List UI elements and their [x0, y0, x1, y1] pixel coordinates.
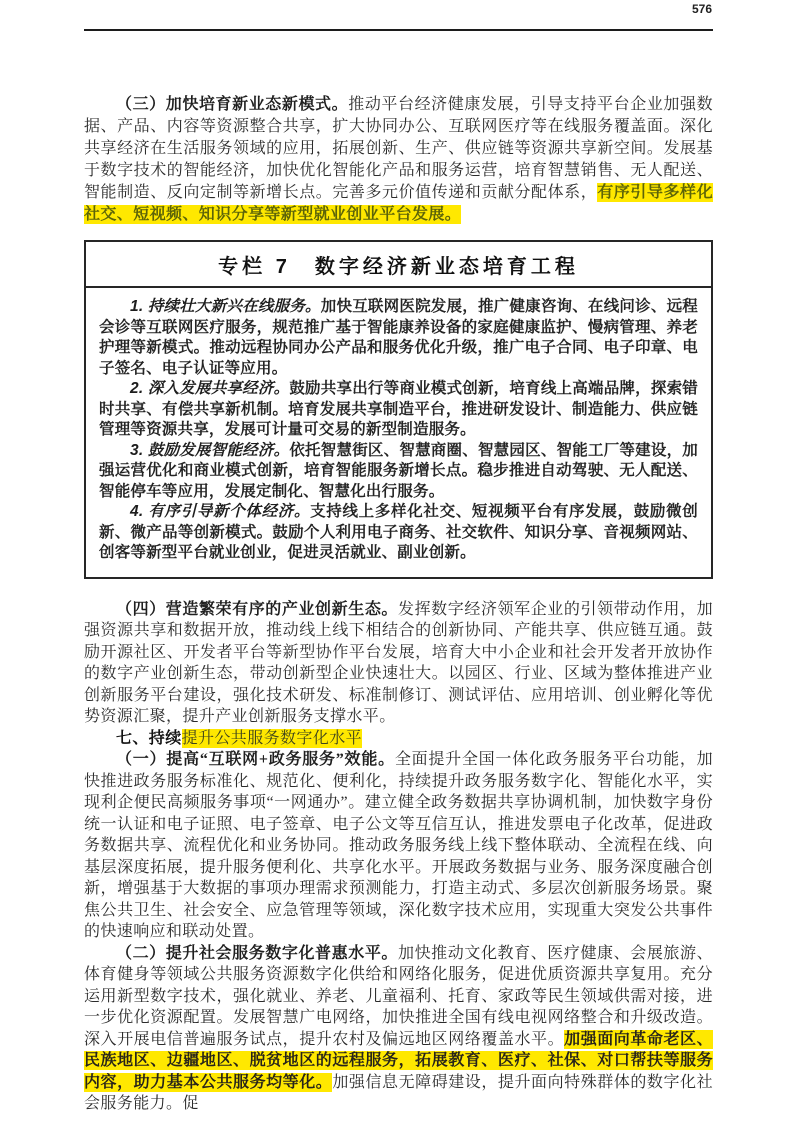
highlighted-text: 提升公共服务数字化水平 [182, 729, 362, 748]
section-7-heading: 七、持续提升公共服务数字化水平 [84, 728, 713, 750]
page-number: 576 [692, 2, 712, 16]
document-page: 576 （三）加快培育新业态新模式。推动平台经济健康发展，引导支持平台企业加强数… [0, 0, 793, 1122]
box-item: 3. 鼓励发展智能经济。依托智慧街区、智慧商圈、智慧园区、智能工厂等建设，加强运… [99, 441, 698, 503]
box-item: 4. 有序引导新个体经济。支持线上多样化社交、短视频平台有序发展，鼓励微创新、微… [99, 502, 698, 564]
box-item: 1. 持续壮大新兴在线服务。加快互联网医院发展，推广健康咨询、在线问诊、远程会诊… [99, 297, 698, 379]
header-rule [84, 29, 713, 31]
text-run: 全面提升全国一体化政务服务平台功能，加快推进政务服务标准化、规范化、便利化，持续… [84, 751, 713, 940]
para-section6-3: （三）加快培育新业态新模式。推动平台经济健康发展，引导支持平台企业加强数据、产品… [84, 94, 713, 226]
para-section7-2: （二）提升社会服务数字化普惠水平。加快推动文化教育、医疗健康、会展旅游、体育健身… [84, 943, 713, 1115]
paragraph-lead: （一）提高“互联网+政务服务”效能。 [116, 751, 395, 768]
box-body: 1. 持续壮大新兴在线服务。加快互联网医院发展，推广健康咨询、在线问诊、远程会诊… [86, 288, 711, 577]
paragraph-lead: 七、持续 [116, 730, 182, 747]
box-item: 2. 深入发展共享经济。鼓励共享出行等商业模式创新，培育线上高端品牌，探索错时共… [99, 379, 698, 441]
paragraph-lead: （二）提升社会服务数字化普惠水平。 [116, 945, 398, 962]
box-item-lead: 2. 深入发展共享经济。 [130, 380, 289, 397]
box-item-lead: 3. 鼓励发展智能经济。 [130, 442, 289, 459]
para-section7-1: （一）提高“互联网+政务服务”效能。全面提升全国一体化政务服务平台功能，加快推进… [84, 749, 713, 943]
para-section6-4: （四）营造繁荣有序的产业创新生态。发挥数字经济领军企业的引领带动作用，加强资源共… [84, 599, 713, 728]
box-item-lead: 4. 有序引导新个体经济。 [130, 503, 310, 520]
column-box-7: 专栏 7 数字经济新业态培育工程1. 持续壮大新兴在线服务。加快互联网医院发展，… [84, 240, 713, 579]
paragraph-lead: （四）营造繁荣有序的产业创新生态。 [116, 601, 398, 618]
page-content: （三）加快培育新业态新模式。推动平台经济健康发展，引导支持平台企业加强数据、产品… [84, 94, 713, 1115]
paragraph-lead: （三）加快培育新业态新模式。 [116, 96, 348, 113]
text-run: 发挥数字经济领军企业的引领带动作用，加强资源共享和数据开放，推动线上线下相结合的… [84, 601, 713, 726]
box-item-lead: 1. 持续壮大新兴在线服务。 [130, 298, 321, 315]
box-title: 专栏 7 数字经济新业态培育工程 [86, 242, 711, 288]
